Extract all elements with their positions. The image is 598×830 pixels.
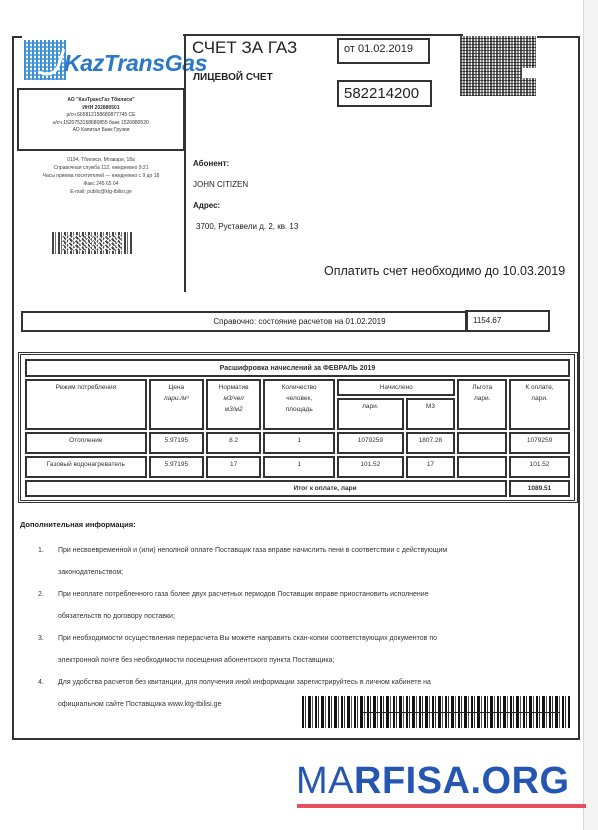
cell-quantity: 1 [263, 432, 335, 454]
cell-quantity: 1 [263, 456, 335, 478]
address-label: Адрес: [193, 201, 220, 210]
total-label: Итог к оплате, лари [25, 480, 507, 497]
subscriber-name: JOHN CITIZEN [193, 180, 248, 189]
document-border [537, 36, 580, 38]
additional-info-title: Дополнительная информация: [20, 520, 136, 529]
charges-table: Расшифровка начислений за ФЕВРАЛЬ 2019 Р… [18, 352, 578, 503]
scrollbar-track[interactable] [583, 0, 598, 830]
contact-address: 0194, Тбилиси, Мтавари, 18а [18, 156, 184, 164]
contact-hours: Часы приема посетителей — ежедневно с 9 … [18, 172, 184, 180]
document-border [12, 738, 580, 740]
document-border [183, 34, 463, 36]
subscriber-label: Абонент: [193, 159, 229, 168]
cell-benefit [457, 456, 507, 478]
cell-price: 5.97195 [149, 456, 204, 478]
header-price: Ценалари./м³ [149, 379, 204, 430]
company-name: АО "КазТрансГаз Тбилиси" [19, 97, 183, 105]
list-item: 2. При неоплате потребленного газа более… [38, 584, 578, 628]
company-corr-account: к/сч 1520753158680855 банк 1526880520 [19, 120, 183, 128]
list-item: 3. При необходимости осуществления перер… [38, 628, 578, 672]
document-border [12, 36, 22, 38]
account-number: 582214200 [337, 80, 432, 107]
account-label: ЛИЦЕВОЙ СЧЕТ [193, 72, 273, 83]
total-row: Итог к оплате, лари 1089.51 [25, 480, 570, 497]
company-bank: АО Капитал Банк Грузия [19, 127, 183, 135]
barcode-icon [302, 696, 570, 728]
additional-info-list: 1. При несвоевременной и (или) неполной … [38, 540, 578, 716]
contact-hotline: Справочная служба 112, ежедневно 9:21 [18, 164, 184, 172]
bill-title: СЧЕТ ЗА ГАЗ [192, 38, 297, 58]
header-norm: Нормативм3/челм3/м2 [206, 379, 261, 430]
charges-title: Расшифровка начислений за ФЕВРАЛЬ 2019 [25, 359, 570, 377]
cell-norm: 17 [206, 456, 261, 478]
company-contacts: 0194, Тбилиси, Мтавари, 18а Справочная с… [18, 156, 184, 196]
contact-fax: Факс 245 65 04 [18, 180, 184, 188]
bill-date: от 01.02.2019 [337, 38, 430, 64]
cell-to-pay: 1079259 [509, 432, 570, 454]
cell-mode: Отопление [25, 432, 147, 454]
kaztransgas-logo-icon [24, 40, 66, 80]
watermark-underline [297, 804, 586, 808]
cell-accrued-gel: 101.52 [337, 456, 403, 478]
column-divider [184, 34, 186, 292]
header-accrued-gel: лари. [337, 398, 403, 430]
cell-benefit [457, 432, 507, 454]
document-border [12, 36, 14, 740]
table-row: Отопление 5.97195 8.2 1 1079259 1807.28 … [25, 432, 570, 454]
due-date-notice: Оплатить счет необходимо до 10.03.2019 [324, 264, 565, 278]
cell-norm: 8.2 [206, 432, 261, 454]
header-accrued-m3: М3 [406, 398, 456, 430]
address-value: 3700, Руставели д. 2, кв. 13 [196, 222, 298, 231]
document-border [578, 36, 580, 740]
company-details: АО "КазТрансГаз Тбилиси" ИНН 202880501 р… [17, 88, 185, 151]
cell-accrued-m3: 1807.28 [406, 432, 456, 454]
balance-label: Справочно: состояние расчетов на 01.02.2… [21, 311, 468, 332]
balance-amount: 1154.67 [465, 310, 550, 332]
qr-code-icon [460, 36, 536, 96]
cell-mode: Газовый водонагреватель [25, 456, 147, 478]
watermark: MARFISA.ORG [296, 760, 570, 803]
total-value: 1089.51 [509, 480, 570, 497]
company-tax-id: ИНН 202880501 [19, 105, 183, 113]
cell-accrued-gel: 1079259 [337, 432, 403, 454]
company-logo: KazTransGas [24, 38, 184, 82]
header-to-pay: К оплате,лари. [509, 379, 570, 430]
cell-to-pay: 101.52 [509, 456, 570, 478]
header-mode: Режим потребления [25, 379, 147, 430]
header-accrued: Начислено [337, 379, 455, 396]
header-benefit: Льготалари. [457, 379, 507, 430]
company-account: р/сч 665812158680877745 СЕ [19, 112, 183, 120]
pdf417-barcode-icon [52, 232, 132, 254]
cell-price: 5.97195 [149, 432, 204, 454]
list-item: 1. При несвоевременной и (или) неполной … [38, 540, 578, 584]
cell-accrued-m3: 17 [406, 456, 456, 478]
table-row: Газовый водонагреватель 5.97195 17 1 101… [25, 456, 570, 478]
contact-email: E-mail: public@ktg-tbilisi.ge [18, 188, 184, 196]
header-quantity: Количествочеловек,площадь [263, 379, 335, 430]
